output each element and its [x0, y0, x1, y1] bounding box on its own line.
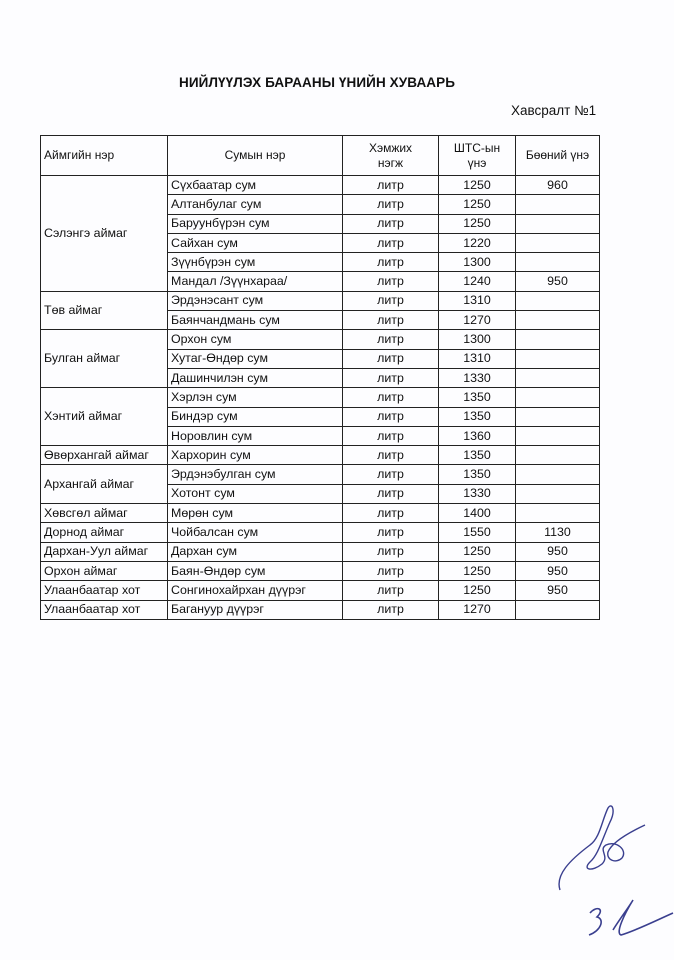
cell-price: 1330	[439, 484, 516, 503]
cell-price: 1300	[439, 253, 516, 272]
cell-aimag: Дорнод аймаг	[41, 523, 168, 542]
cell-aimag: Орхон аймаг	[41, 561, 168, 580]
price-table: Аймгийн нэр Сумын нэр Хэмжих нэгж ШТС-ын…	[40, 135, 600, 620]
cell-sum: Биндэр сум	[168, 407, 343, 426]
header-price-line2: үнэ	[468, 156, 487, 170]
header-unit: Хэмжих нэгж	[343, 136, 439, 176]
cell-unit: литр	[343, 542, 439, 561]
cell-sum: Баян-Өндөр сум	[168, 561, 343, 580]
cell-retail: 950	[516, 581, 600, 600]
cell-retail	[516, 311, 600, 330]
cell-unit: литр	[343, 311, 439, 330]
cell-retail: 950	[516, 561, 600, 580]
header-aimag: Аймгийн нэр	[41, 136, 168, 176]
cell-price: 1350	[439, 388, 516, 407]
table-body: Сэлэнгэ аймагСүхбаатар сумлитр1250960Алт…	[41, 176, 600, 620]
cell-price: 1270	[439, 311, 516, 330]
cell-sum: Сонгинохайрхан дүүрэг	[168, 581, 343, 600]
cell-sum: Мөрөн сум	[168, 504, 343, 523]
cell-retail	[516, 253, 600, 272]
cell-unit: литр	[343, 330, 439, 349]
cell-price: 1250	[439, 542, 516, 561]
cell-sum: Сайхан сум	[168, 233, 343, 252]
document-title: НИЙЛҮҮЛЭХ БАРААНЫ ҮНИЙН ХУВААРЬ	[179, 75, 455, 90]
cell-sum: Хутаг-Өндөр сум	[168, 349, 343, 368]
table-row: Орхон аймагБаян-Өндөр сумлитр1250950	[41, 561, 600, 580]
table-row: Улаанбаатар хотСонгинохайрхан дүүрэглитр…	[41, 581, 600, 600]
cell-sum: Хотонт сум	[168, 484, 343, 503]
table-row: Архангай аймагЭрдэнэбулган сумлитр1350	[41, 465, 600, 484]
cell-retail	[516, 330, 600, 349]
cell-sum: Хэрлэн сум	[168, 388, 343, 407]
table-row: Хэнтий аймагХэрлэн сумлитр1350	[41, 388, 600, 407]
cell-unit: литр	[343, 291, 439, 310]
cell-retail	[516, 465, 600, 484]
cell-price: 1250	[439, 561, 516, 580]
cell-unit: литр	[343, 600, 439, 619]
cell-retail	[516, 504, 600, 523]
cell-price: 1250	[439, 581, 516, 600]
cell-retail: 950	[516, 272, 600, 291]
cell-aimag: Булган аймаг	[41, 330, 168, 388]
table-row: Улаанбаатар хотБагануур дүүрэглитр1270	[41, 600, 600, 619]
cell-price: 1350	[439, 465, 516, 484]
table-row: Сэлэнгэ аймагСүхбаатар сумлитр1250960	[41, 176, 600, 195]
cell-sum: Алтанбулаг сум	[168, 195, 343, 214]
cell-price: 1250	[439, 195, 516, 214]
cell-unit: литр	[343, 253, 439, 272]
cell-retail	[516, 349, 600, 368]
cell-sum: Зүүнбүрэн сум	[168, 253, 343, 272]
cell-unit: литр	[343, 446, 439, 465]
cell-retail	[516, 426, 600, 445]
cell-unit: литр	[343, 465, 439, 484]
cell-price: 1310	[439, 291, 516, 310]
header-unit-line1: Хэмжих	[369, 141, 412, 155]
cell-unit: литр	[343, 349, 439, 368]
cell-sum: Багануур дүүрэг	[168, 600, 343, 619]
cell-sum: Баруунбүрэн сум	[168, 214, 343, 233]
table-row: Дорнод аймагЧойбалсан сумлитр15501130	[41, 523, 600, 542]
cell-retail	[516, 233, 600, 252]
header-unit-line2: нэгж	[378, 156, 403, 170]
cell-unit: литр	[343, 523, 439, 542]
cell-retail	[516, 484, 600, 503]
cell-sum: Дашинчилэн сум	[168, 368, 343, 387]
cell-unit: литр	[343, 504, 439, 523]
cell-aimag: Хэнтий аймаг	[41, 388, 168, 446]
cell-retail	[516, 407, 600, 426]
cell-unit: литр	[343, 195, 439, 214]
table-row: Өвөрхангай аймагХархорин сумлитр1350	[41, 446, 600, 465]
cell-sum: Сүхбаатар сум	[168, 176, 343, 195]
cell-retail	[516, 446, 600, 465]
cell-price: 1550	[439, 523, 516, 542]
cell-price: 1240	[439, 272, 516, 291]
cell-retail	[516, 368, 600, 387]
table-row: Булган аймагОрхон сумлитр1300	[41, 330, 600, 349]
cell-unit: литр	[343, 426, 439, 445]
cell-aimag: Дархан-Уул аймаг	[41, 542, 168, 561]
cell-sum: Эрдэнэбулган сум	[168, 465, 343, 484]
cell-retail: 960	[516, 176, 600, 195]
signature-1	[550, 800, 660, 900]
cell-price: 1350	[439, 446, 516, 465]
cell-aimag: Улаанбаатар хот	[41, 600, 168, 619]
table-row: Хөвсгөл аймагМөрөн сумлитр1400	[41, 504, 600, 523]
cell-retail	[516, 195, 600, 214]
table-row: Төв аймагЭрдэнэсант сумлитр1310	[41, 291, 600, 310]
cell-unit: литр	[343, 407, 439, 426]
cell-price: 1220	[439, 233, 516, 252]
cell-aimag: Улаанбаатар хот	[41, 581, 168, 600]
cell-sum: Норовлин сум	[168, 426, 343, 445]
cell-retail: 950	[516, 542, 600, 561]
signature-2	[585, 895, 674, 945]
cell-retail	[516, 600, 600, 619]
cell-retail	[516, 214, 600, 233]
cell-retail	[516, 291, 600, 310]
table-row: Дархан-Уул аймагДархан сумлитр1250950	[41, 542, 600, 561]
cell-unit: литр	[343, 561, 439, 580]
cell-unit: литр	[343, 484, 439, 503]
cell-aimag: Архангай аймаг	[41, 465, 168, 504]
cell-sum: Орхон сум	[168, 330, 343, 349]
cell-unit: литр	[343, 581, 439, 600]
header-sum: Сумын нэр	[168, 136, 343, 176]
cell-sum: Хархорин сум	[168, 446, 343, 465]
annex-label: Хавсралт №1	[511, 103, 596, 118]
cell-price: 1330	[439, 368, 516, 387]
cell-aimag: Төв аймаг	[41, 291, 168, 330]
cell-unit: литр	[343, 368, 439, 387]
cell-sum: Чойбалсан сум	[168, 523, 343, 542]
cell-unit: литр	[343, 214, 439, 233]
cell-unit: литр	[343, 272, 439, 291]
cell-sum: Мандал /Зүүнхараа/	[168, 272, 343, 291]
cell-price: 1360	[439, 426, 516, 445]
cell-sum: Баянчандмань сум	[168, 311, 343, 330]
cell-price: 1270	[439, 600, 516, 619]
header-price-line1: ШТС-ын	[454, 141, 500, 155]
cell-price: 1350	[439, 407, 516, 426]
cell-aimag: Хөвсгөл аймаг	[41, 504, 168, 523]
cell-aimag: Сэлэнгэ аймаг	[41, 176, 168, 292]
cell-retail	[516, 388, 600, 407]
cell-price: 1300	[439, 330, 516, 349]
cell-unit: литр	[343, 388, 439, 407]
cell-price: 1400	[439, 504, 516, 523]
cell-price: 1310	[439, 349, 516, 368]
cell-sum: Эрдэнэсант сум	[168, 291, 343, 310]
cell-price: 1250	[439, 214, 516, 233]
cell-unit: литр	[343, 176, 439, 195]
cell-retail: 1130	[516, 523, 600, 542]
header-price: ШТС-ын үнэ	[439, 136, 516, 176]
cell-price: 1250	[439, 176, 516, 195]
cell-sum: Дархан сум	[168, 542, 343, 561]
cell-aimag: Өвөрхангай аймаг	[41, 446, 168, 465]
table-header-row: Аймгийн нэр Сумын нэр Хэмжих нэгж ШТС-ын…	[41, 136, 600, 176]
cell-unit: литр	[343, 233, 439, 252]
header-retail: Бөөний үнэ	[516, 136, 600, 176]
